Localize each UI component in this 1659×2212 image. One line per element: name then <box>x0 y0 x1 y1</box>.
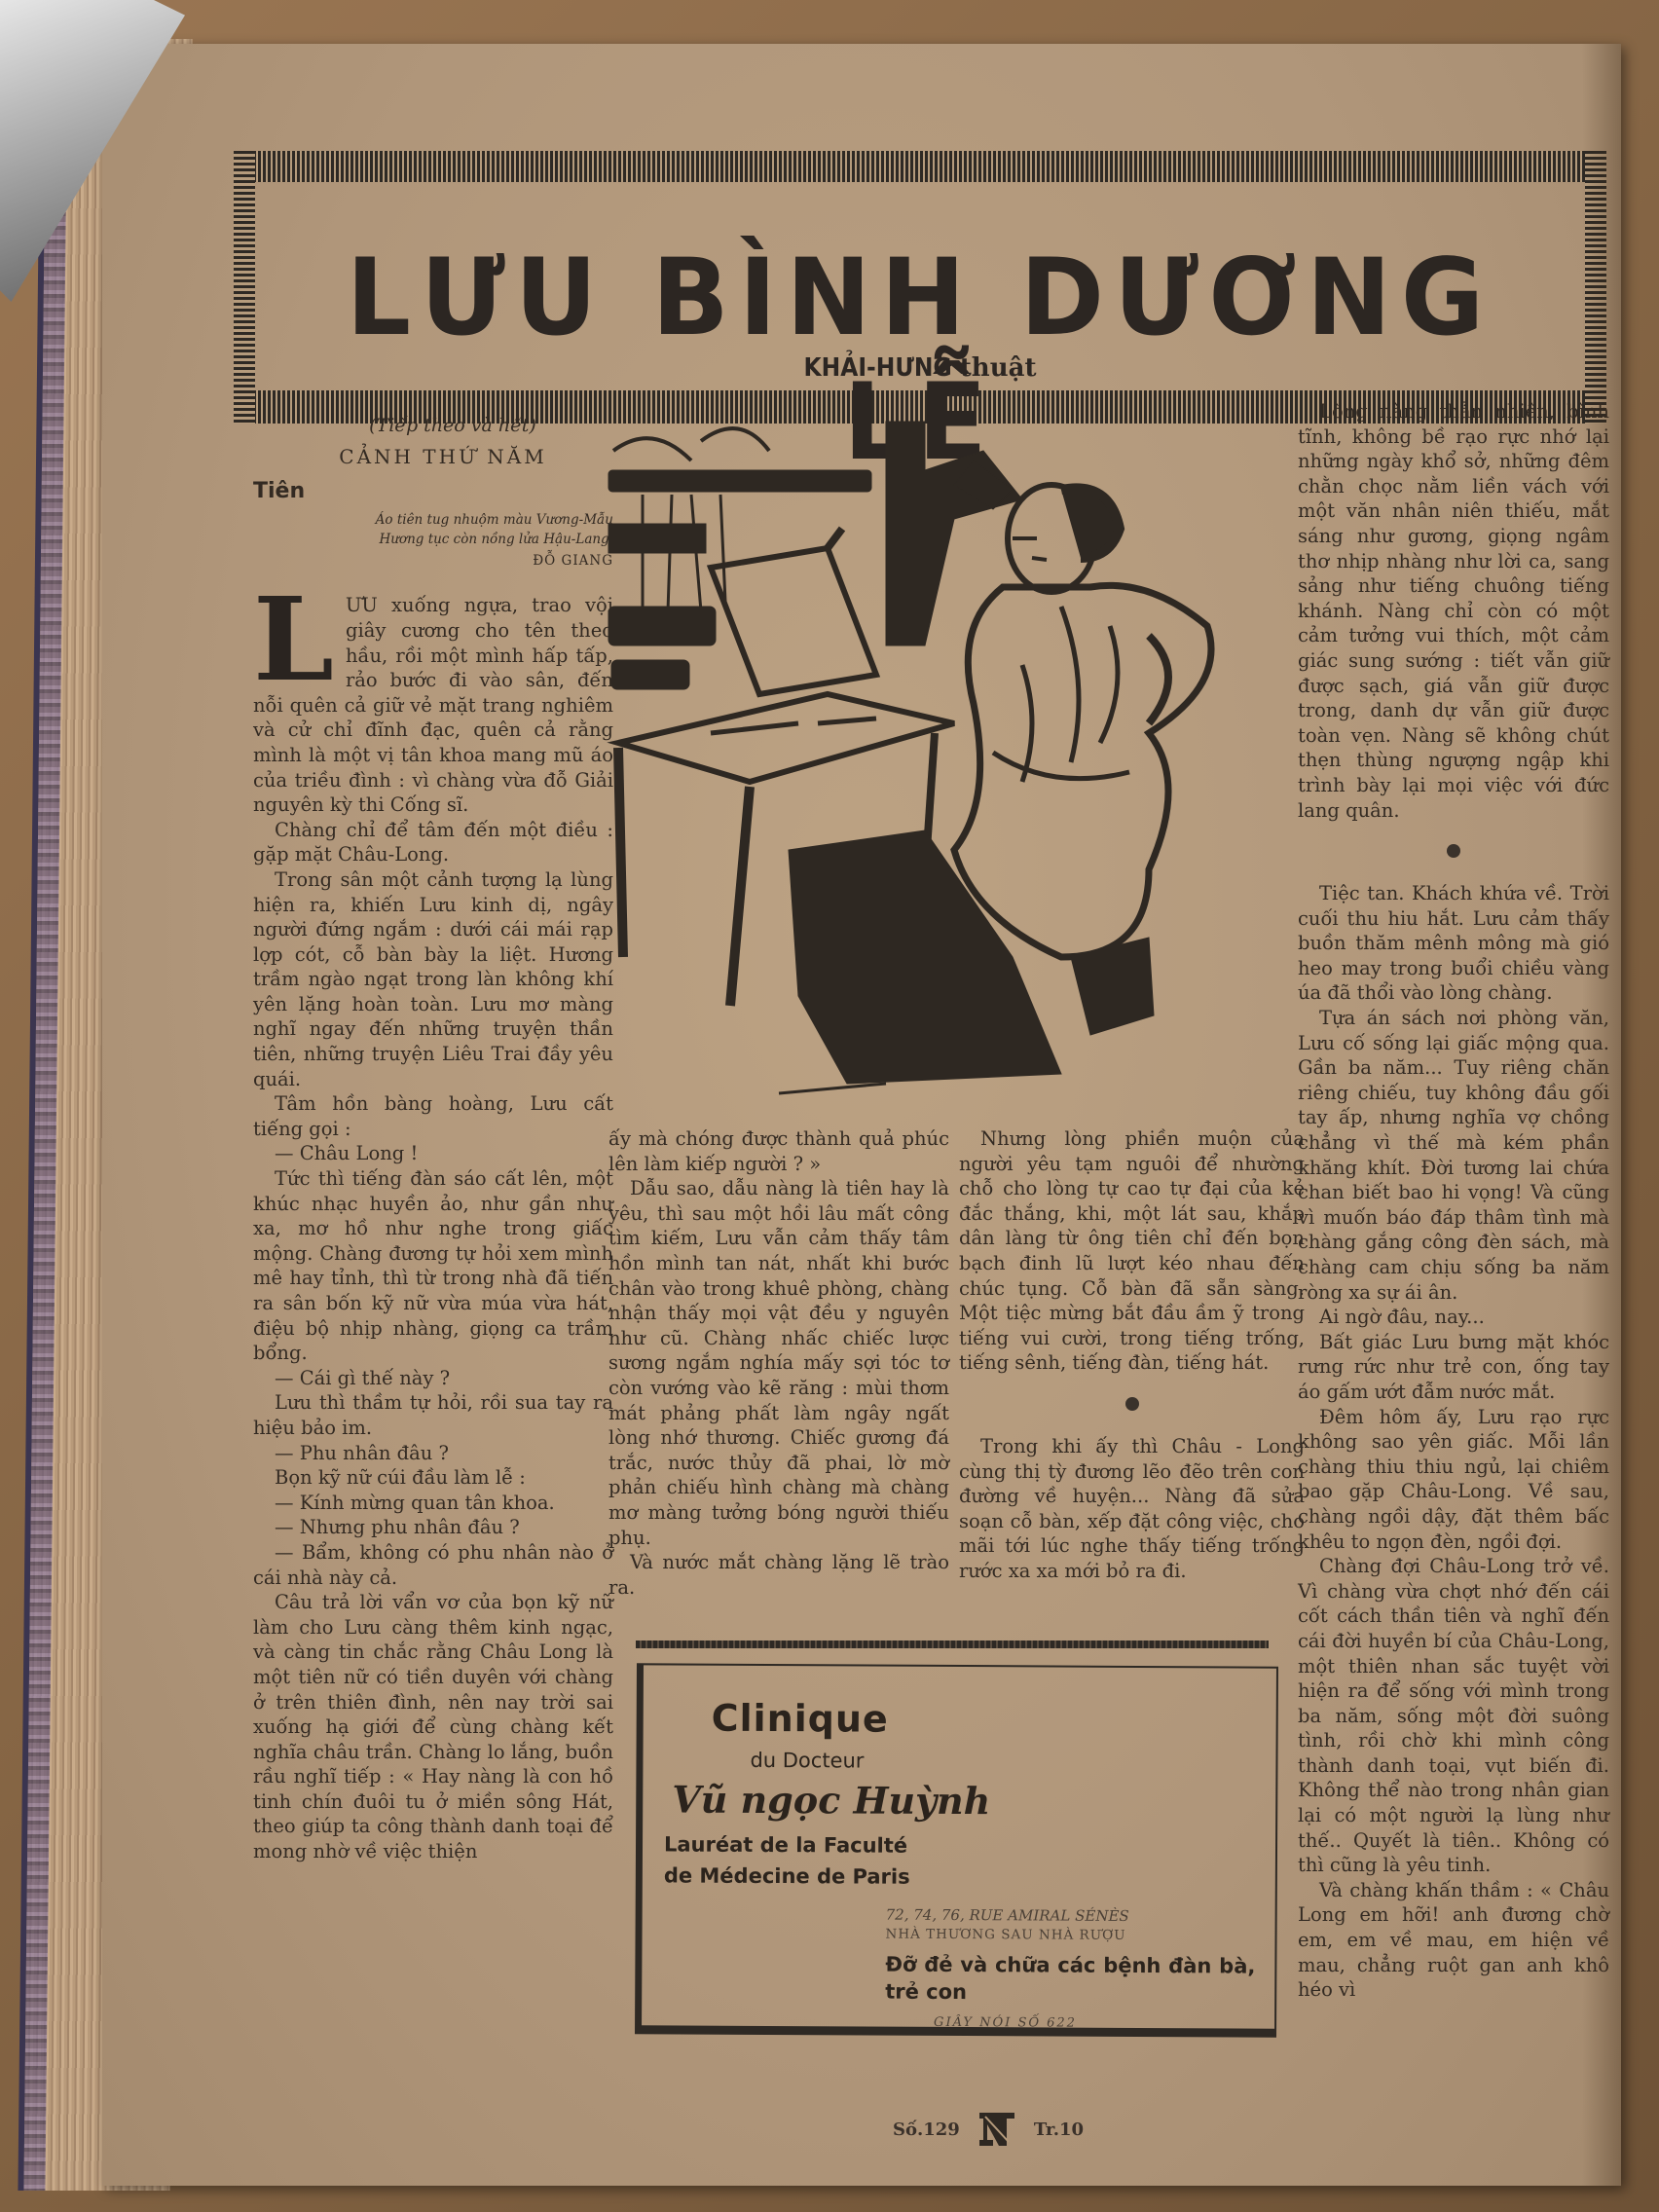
paragraph: Tựa án sách nơi phòng văn, Lưu cố sống l… <box>1298 1006 1609 1305</box>
epigraph-line: Hương tục còn nồng lửa Hậu-Lang. <box>253 530 613 549</box>
paragraph: Tâm hồn bàng hoàng, Lưu cất tiếng gọi : <box>253 1091 613 1141</box>
paragraph: Trong sân một cảnh tượng lạ lùng hiện ra… <box>253 867 613 1091</box>
paragraph: Câu trả lời vẩn vơ của bọn kỹ nữ làm cho… <box>253 1590 613 1864</box>
paragraph: Tức thì tiếng đàn sáo cất lên, một khúc … <box>253 1166 613 1366</box>
paragraph: Bọn kỹ nữ cúi đầu làm lễ : <box>253 1465 613 1491</box>
doctor-name: Vũ ngọc Huỳnh <box>672 1777 990 1823</box>
paragraph: ấy mà chóng được thành quả phúc lên làm … <box>608 1126 949 1176</box>
section-title: Tiên <box>253 479 613 504</box>
drop-cap: L <box>253 597 334 682</box>
address-line: 72, 74, 76, RUE AMIRAL SÉNÈS <box>886 1905 1256 1927</box>
byline: KHẢI-HƯNG thuật <box>234 353 1606 383</box>
page-number: Tr.10 <box>1034 2120 1084 2140</box>
paragraph: Và nước mắt chàng lặng lẽ trào ra. <box>608 1550 949 1600</box>
ad-subtitle: du Docteur <box>750 1749 864 1773</box>
column-4: Lòng nàng thản nhiên, bình tĩnh, không b… <box>1298 399 1609 2003</box>
paragraph: Chàng chỉ để tâm đến một điều : gặp mặt … <box>253 818 613 867</box>
doctor-credentials: Lauréat de la Faculté de Médecine de Par… <box>664 1828 910 1892</box>
section-divider-dot <box>1125 1397 1139 1411</box>
page-footer: Số.129 Tr.10 <box>842 2108 1134 2151</box>
address-line: NHÀ THƯƠNG SAU NHÀ RƯỢU <box>885 1925 1255 1946</box>
paragraph: Trong khi ấy thì Châu - Long cùng thị tỳ… <box>959 1434 1305 1584</box>
epigraph-line: Áo tiên tug nhuộm màu Vương-Mẫu <box>253 510 613 530</box>
paragraph: LƯU xuống ngựa, trao vội giây cương cho … <box>253 593 613 817</box>
border-right <box>1585 151 1606 424</box>
paragraph: Lưu thì thầm tự hỏi, rồi sua tay ra hiệu… <box>253 1390 613 1440</box>
column-2: ấy mà chóng được thành quả phúc lên làm … <box>608 1126 949 1600</box>
dialogue: — Cái gì thế này ? <box>253 1366 613 1391</box>
paragraph: Lòng nàng thản nhiên, bình tĩnh, không b… <box>1298 399 1609 823</box>
paragraph: Nhưng lòng phiền muộn của người yêu tạm … <box>959 1126 1305 1376</box>
issue-number: Số.129 <box>893 2120 960 2140</box>
paragraph: Đêm hôm ấy, Lưu rạo rực không sao yên gi… <box>1298 1405 1609 1555</box>
paragraph: Tiệc tan. Khách khứa về. Trời cuối thu h… <box>1298 881 1609 1006</box>
dialogue: — Phu nhân đâu ? <box>253 1441 613 1466</box>
ad-title: Clinique <box>712 1697 889 1741</box>
epigraph-author: ĐỖ GIANG <box>253 549 613 574</box>
column-3: Nhưng lòng phiền muộn của người yêu tạm … <box>959 1126 1305 1584</box>
clinic-address: 72, 74, 76, RUE AMIRAL SÉNÈS NHÀ THƯƠNG … <box>885 1905 1255 1946</box>
credential-line: de Médecine de Paris <box>664 1860 910 1892</box>
column-1: (Tiếp theo và hết) CẢNH THỨ NĂM Tiên Áo … <box>253 414 613 1864</box>
scene-heading: CẢNH THỨ NĂM <box>273 445 613 470</box>
magazine-page: LƯU BÌNH DƯƠNG LỄ KHẢI-HƯNG thuật (Tiếp … <box>102 44 1621 2186</box>
section-divider-dot <box>1447 844 1460 858</box>
paragraph: Bất giác Lưu bưng mặt khóc rưng rức như … <box>1298 1330 1609 1405</box>
continuation-note: (Tiếp theo và hết) <box>292 414 613 439</box>
scholar-at-desk-illustration <box>604 412 1266 1113</box>
publication-logo-icon <box>977 2111 1016 2148</box>
dialogue: — Kính mừng quan tân khoa. <box>253 1491 613 1516</box>
clinic-services: Đỡ đẻ và chữa các bệnh đàn bà, trẻ con <box>885 1951 1255 2008</box>
clinic-phone: GIÂY NÓI SỐ 622 <box>934 2015 1077 2031</box>
border-top <box>234 151 1606 182</box>
credential-line: Lauréat de la Faculté <box>664 1828 910 1861</box>
clinic-advertisement: Clinique du Docteur Vũ ngọc Huỳnh Lauréa… <box>635 1663 1278 2037</box>
dialogue: — Bẩm, không có phu nhân nào ở cái nhà n… <box>253 1540 613 1590</box>
title-box: LƯU BÌNH DƯƠNG LỄ KHẢI-HƯNG thuật <box>234 151 1606 424</box>
author-suffix: thuật <box>960 353 1037 383</box>
dialogue: — Châu Long ! <box>253 1141 613 1166</box>
border-left <box>234 151 255 424</box>
author-name: KHẢI-HƯNG <box>804 353 952 383</box>
woodcut-illustration <box>604 412 1266 1113</box>
ad-top-rule <box>636 1641 1269 1648</box>
paragraph: Và chàng khấn thầm : « Châu Long em hỡi!… <box>1298 1878 1609 2003</box>
paragraph: Dẫu sao, dẫu nàng là tiên hay là yêu, th… <box>608 1176 949 1550</box>
paragraph: Ai ngờ đâu, nay... <box>1298 1305 1609 1330</box>
dialogue: — Nhưng phu nhân đâu ? <box>253 1515 613 1540</box>
paragraph: Chàng đợi Châu-Long trở về. Vì chàng vừa… <box>1298 1554 1609 1878</box>
